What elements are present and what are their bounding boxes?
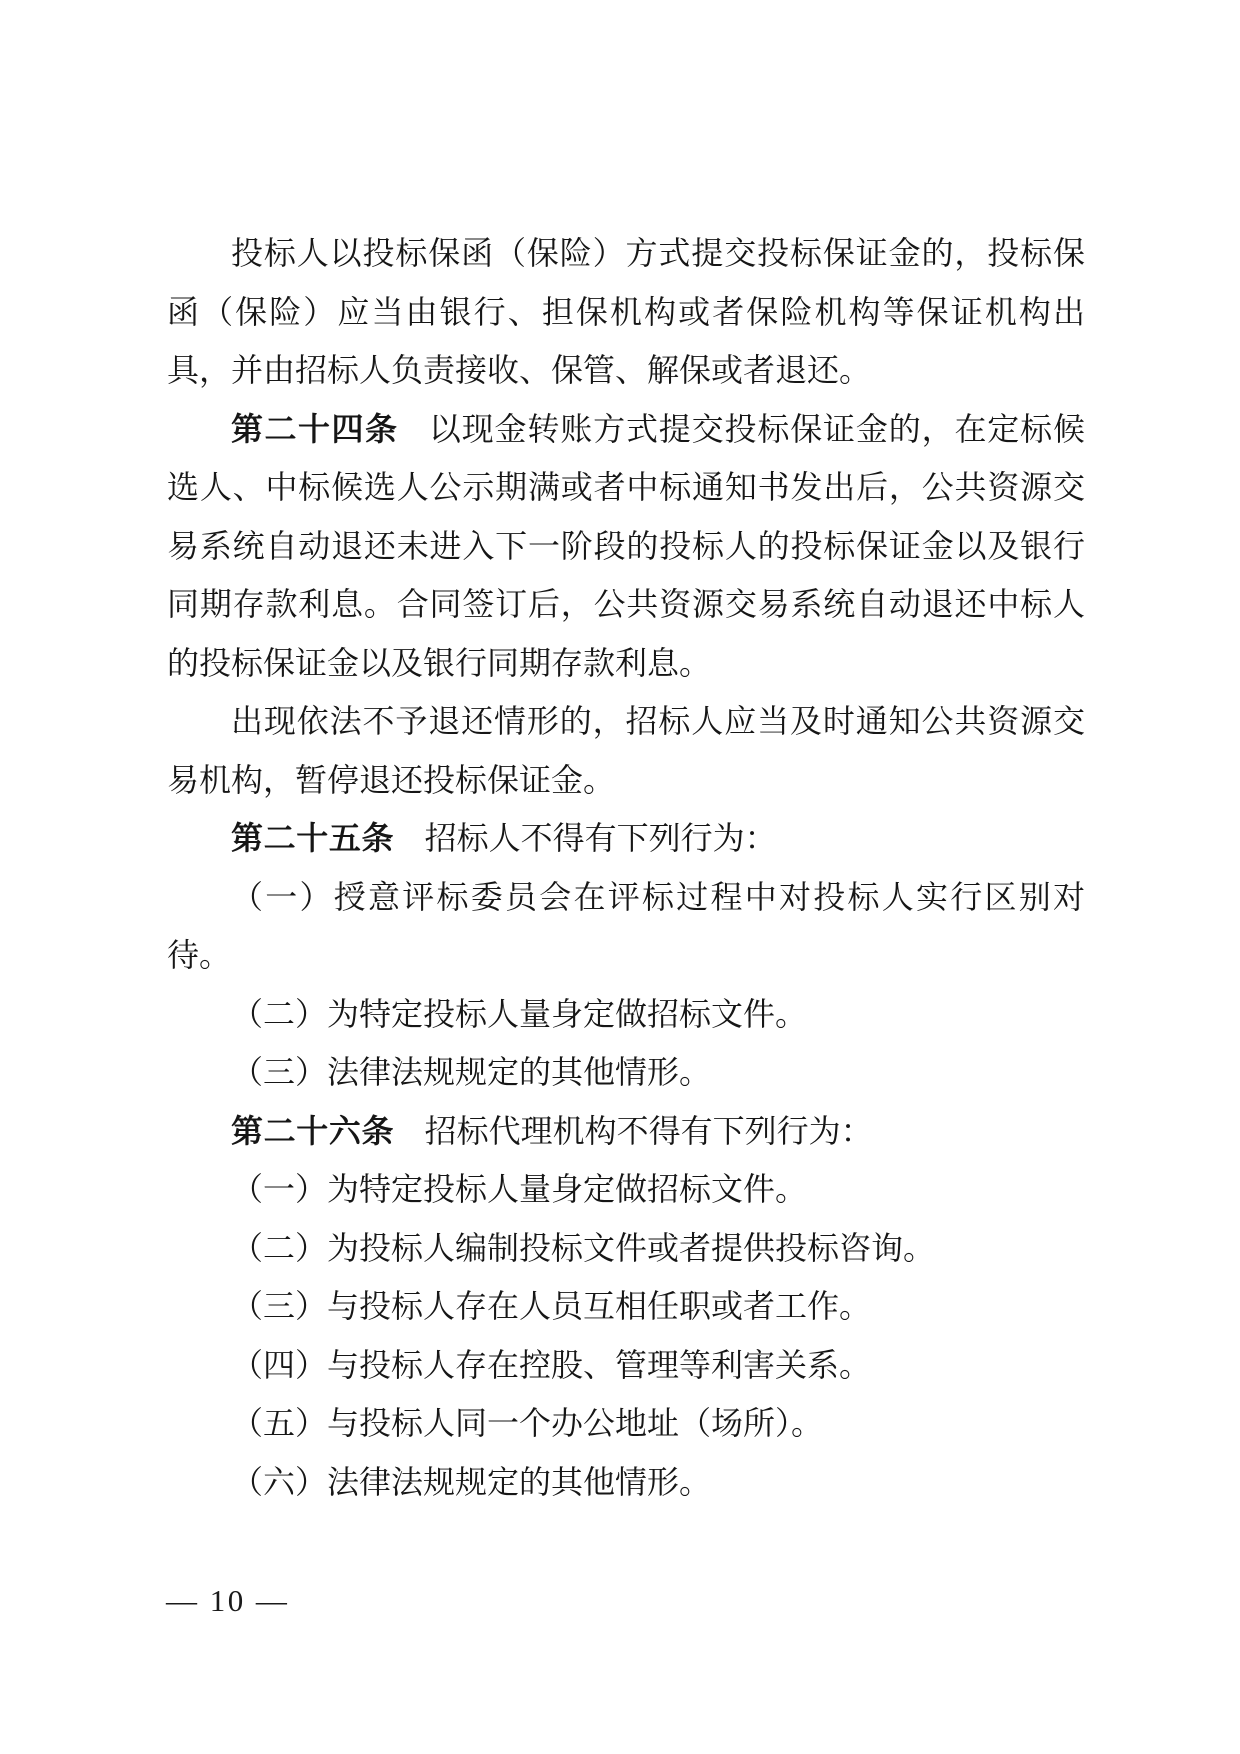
paragraph: （一）为特定投标人量身定做招标文件。 (167, 1160, 1085, 1219)
paragraph: （一）授意评标委员会在评标过程中对投标人实行区别对待。 (167, 868, 1085, 985)
paragraph-text: （三）与投标人存在人员互相任职或者工作。 (231, 1288, 871, 1324)
paragraph: 第二十四条以现金转账方式提交投标保证金的，在定标候选人、中标候选人公示期满或者中… (167, 400, 1085, 693)
page-footer: — 10 — (166, 1584, 289, 1618)
document-body: 投标人以投标保函（保险）方式提交投标保证金的，投标保函（保险）应当由银行、担保机… (167, 224, 1085, 1511)
paragraph: 第二十五条招标人不得有下列行为： (167, 809, 1085, 868)
paragraph-text: 投标人以投标保函（保险）方式提交投标保证金的，投标保函（保险）应当由银行、担保机… (167, 235, 1085, 388)
paragraph-text: （六）法律法规规定的其他情形。 (231, 1464, 711, 1500)
paragraph-text: （三）法律法规规定的其他情形。 (231, 1054, 711, 1090)
paragraph-text: 以现金转账方式提交投标保证金的，在定标候选人、中标候选人公示期满或者中标通知书发… (167, 411, 1085, 681)
paragraph-text: 招标代理机构不得有下列行为： (425, 1113, 873, 1149)
paragraph: （二）为特定投标人量身定做招标文件。 (167, 985, 1085, 1044)
article-number: 第二十六条 (231, 1113, 394, 1149)
paragraph-text: （二）为特定投标人量身定做招标文件。 (231, 996, 807, 1032)
article-number: 第二十四条 (231, 411, 398, 447)
paragraph: （四）与投标人存在控股、管理等利害关系。 (167, 1336, 1085, 1395)
document-page: 投标人以投标保函（保险）方式提交投标保证金的，投标保函（保险）应当由银行、担保机… (0, 0, 1240, 1754)
paragraph: （三）与投标人存在人员互相任职或者工作。 (167, 1277, 1085, 1336)
paragraph-text: （一）为特定投标人量身定做招标文件。 (231, 1171, 807, 1207)
paragraph: （六）法律法规规定的其他情形。 (167, 1453, 1085, 1512)
paragraph-text: （二）为投标人编制投标文件或者提供投标咨询。 (231, 1230, 935, 1266)
paragraph-text: 出现依法不予退还情形的，招标人应当及时通知公共资源交易机构，暂停退还投标保证金。 (167, 703, 1085, 798)
paragraph: 第二十六条招标代理机构不得有下列行为： (167, 1102, 1085, 1161)
article-number: 第二十五条 (231, 820, 394, 856)
paragraph-text: （五）与投标人同一个办公地址（场所）。 (231, 1405, 823, 1441)
paragraph-text: （四）与投标人存在控股、管理等利害关系。 (231, 1347, 871, 1383)
paragraph-text: 招标人不得有下列行为： (425, 820, 777, 856)
paragraph: 投标人以投标保函（保险）方式提交投标保证金的，投标保函（保险）应当由银行、担保机… (167, 224, 1085, 400)
page-number: — 10 — (166, 1583, 289, 1618)
paragraph: （三）法律法规规定的其他情形。 (167, 1043, 1085, 1102)
paragraph: 出现依法不予退还情形的，招标人应当及时通知公共资源交易机构，暂停退还投标保证金。 (167, 692, 1085, 809)
paragraph-text: （一）授意评标委员会在评标过程中对投标人实行区别对待。 (167, 879, 1085, 974)
paragraph: （二）为投标人编制投标文件或者提供投标咨询。 (167, 1219, 1085, 1278)
paragraph: （五）与投标人同一个办公地址（场所）。 (167, 1394, 1085, 1453)
